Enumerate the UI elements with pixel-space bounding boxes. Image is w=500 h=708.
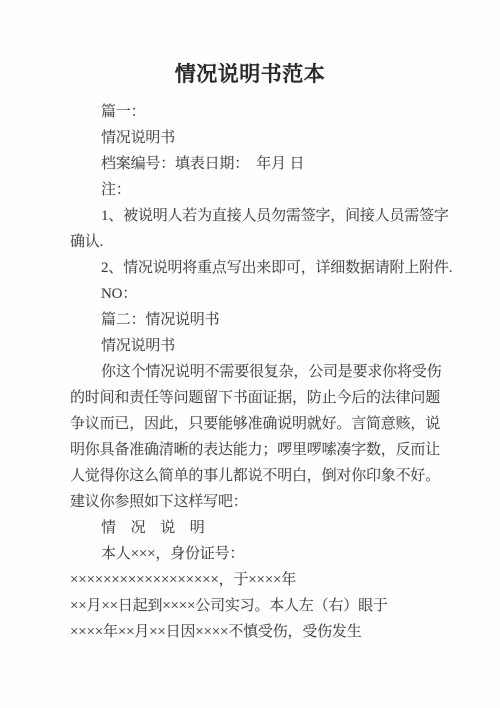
text-line: 篇二：情况说明书 xyxy=(70,307,430,333)
text-line: 情况说明书 xyxy=(70,333,430,359)
text-line: 1、被说明人若为直接人员勿需签字，间接人员需签字 xyxy=(70,203,430,229)
text-line: 人觉得你这么简单的事儿都说不明白，倒对你印象不好。 xyxy=(70,463,430,489)
text-line: 2、情况说明将重点写出来即可，详细数据请附上附件. xyxy=(70,255,430,281)
text-line: 建议你参照如下这样写吧： xyxy=(70,489,430,515)
document-page: 情况说明书范本 篇一：情况说明书档案编号：填表日期： 年月 日注：1、被说明人若… xyxy=(0,0,500,708)
text-line: 争议而已，因此，只要能够准确说明就好。言简意赅，说 xyxy=(70,411,430,437)
text-line: 情 况 说 明 xyxy=(70,515,430,541)
text-line: 情况说明书 xyxy=(70,125,430,151)
text-line: 明你具备准确清晰的表达能力；啰里啰嗦凑字数，反而让 xyxy=(70,437,430,463)
document-body: 篇一：情况说明书档案编号：填表日期： 年月 日注：1、被说明人若为直接人员勿需签… xyxy=(70,99,430,645)
text-line: ××××年××月××日因××××不慎受伤，受伤发生 xyxy=(70,619,430,645)
text-line: 的时间和责任等问题留下书面证据，防止今后的法律问题 xyxy=(70,385,430,411)
text-line: NO： xyxy=(70,281,430,307)
text-line: 确认. xyxy=(70,229,430,255)
text-line: 你这个情况说明不需要很复杂，公司是要求你将受伤 xyxy=(70,359,430,385)
text-line: ××××××××××××××××××，于××××年 xyxy=(70,567,430,593)
text-line: 档案编号：填表日期： 年月 日 xyxy=(70,151,430,177)
text-line: 本人×××，身份证号： xyxy=(70,541,430,567)
page-title: 情况说明书范本 xyxy=(0,58,500,88)
text-line: ××月××日起到××××公司实习。本人左（右）眼于 xyxy=(70,593,430,619)
text-line: 注： xyxy=(70,177,430,203)
text-line: 篇一： xyxy=(70,99,430,125)
